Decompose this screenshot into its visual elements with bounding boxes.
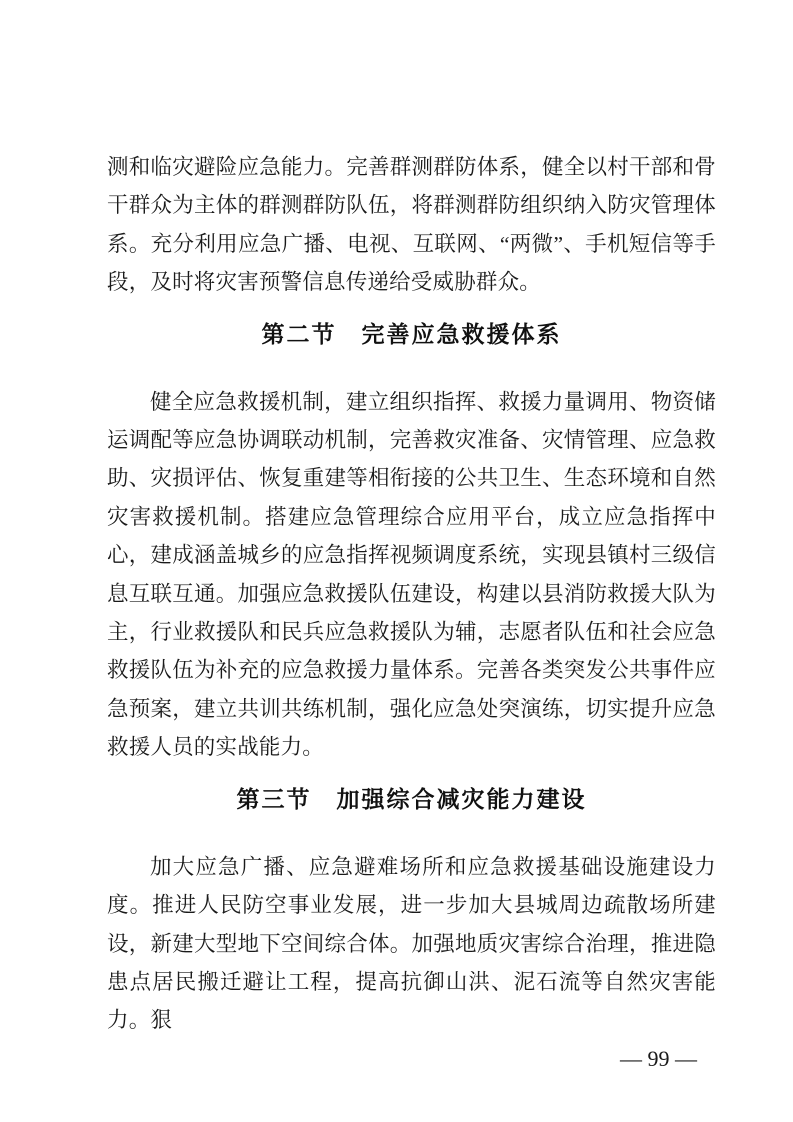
page-content: 测和临灾避险应急能力。完善群测群防体系，健全以村干部和骨干群众为主体的群测群防队…: [107, 148, 716, 1040]
section-3-paragraph: 加大应急广播、应急避难场所和应急救援基础设施建设力度。推进人民防空事业发展，进一…: [107, 848, 716, 1040]
section-heading-2: 第二节 完善应急救援体系: [107, 320, 716, 348]
document-page: 测和临灾避险应急能力。完善群测群防体系，健全以村干部和骨干群众为主体的群测群防队…: [0, 0, 793, 1122]
section-2-paragraph: 健全应急救援机制，建立组织指挥、救援力量调用、物资储运调配等应急协调联动机制，完…: [107, 383, 716, 767]
section-heading-3: 第三节 加强综合减灾能力建设: [107, 785, 716, 813]
page-number: — 99 —: [620, 1044, 697, 1074]
intro-paragraph: 测和临灾避险应急能力。完善群测群防体系，健全以村干部和骨干群众为主体的群测群防队…: [107, 148, 716, 302]
